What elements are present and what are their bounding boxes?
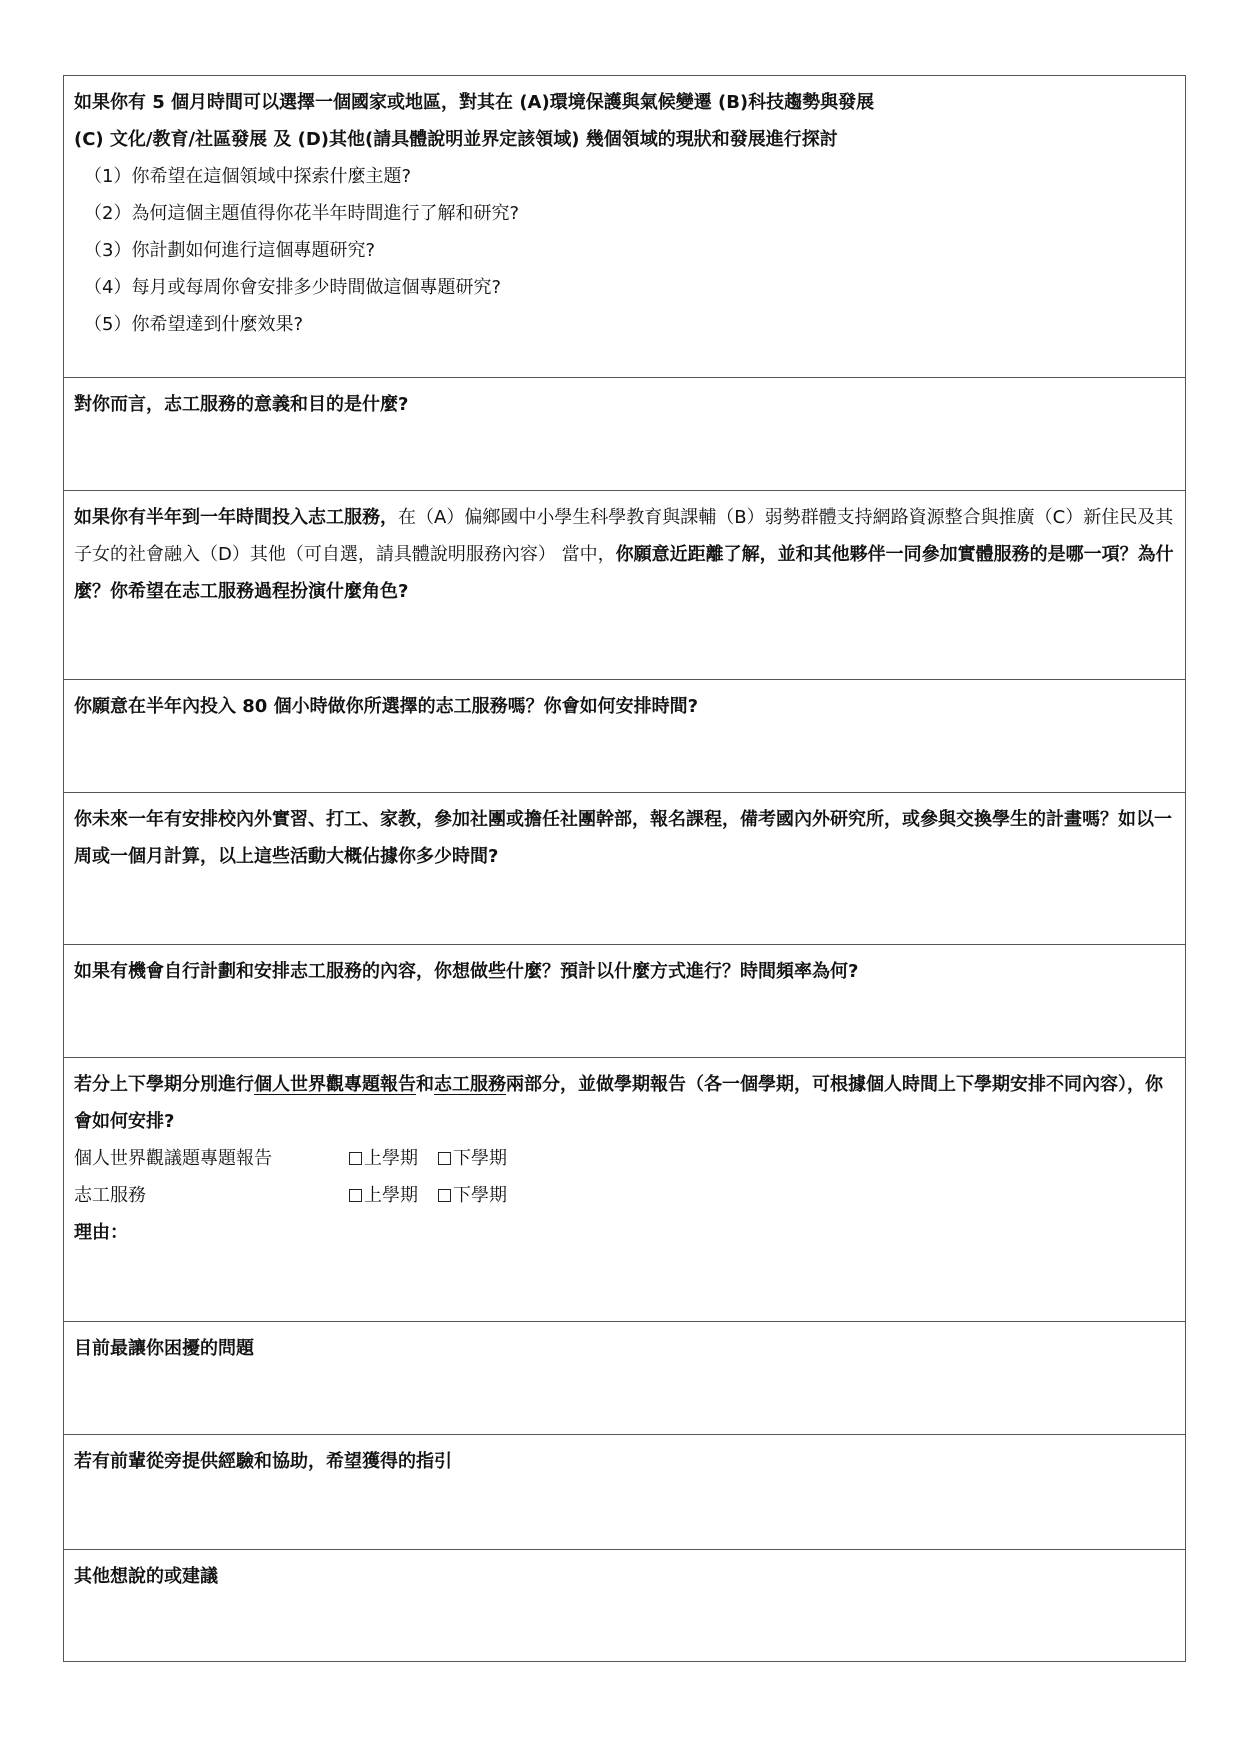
question-row-self-plan[interactable]: 如果有機會自行計劃和安排志工服務的內容，你想做些什麼？預計以什麼方式進行？時間頻…: [64, 944, 1185, 1057]
question-row-volunteer-meaning[interactable]: 對你而言，志工服務的意義和目的是什麼?: [64, 377, 1185, 490]
option-row-volunteer: 志工服務上學期下學期: [74, 1177, 1175, 1214]
question-title: 目前最讓你困擾的問題: [74, 1330, 1175, 1367]
question-title-cont: (C) 文化/教育/社區發展 及 (D)其他(請具體說明並界定該領域) 幾個領域…: [74, 121, 1175, 158]
question-title: 你未來一年有安排校內外實習、打工、家教，參加社團或擔任社團幹部，報名課程，備考國…: [74, 801, 1175, 875]
question-title: 如果有機會自行計劃和安排志工服務的內容，你想做些什麼？預計以什麼方式進行？時間頻…: [74, 953, 1175, 990]
questionnaire-table: 如果你有 5 個月時間可以選擇一個國家或地區，對其在 (A)環境保護與氣候變遷 …: [63, 75, 1186, 1662]
sub-question-2: （2）為何這個主題值得你花半年時間進行了解和研究?: [74, 195, 1175, 232]
checkbox-report-second-semester[interactable]: 下學期: [438, 1140, 507, 1177]
checkbox-volunteer-second-semester[interactable]: 下學期: [438, 1177, 507, 1214]
question-row-concerns[interactable]: 目前最讓你困擾的問題: [64, 1321, 1185, 1434]
underlined-term-report: 個人世界觀專題報告: [254, 1074, 416, 1095]
question-title: 若分上下學期分別進行個人世界觀專題報告和志工服務兩部分，並做學期報告（各一個學期…: [74, 1066, 1175, 1140]
underlined-term-volunteer: 志工服務: [434, 1074, 506, 1095]
checkbox-icon[interactable]: [349, 1152, 362, 1165]
question-row-volunteer-choice[interactable]: 如果你有半年到一年時間投入志工服務，在（A）偏鄉國中小學生科學教育與課輔（B）弱…: [64, 490, 1185, 679]
question-row-topic-research: 如果你有 5 個月時間可以選擇一個國家或地區，對其在 (A)環境保護與氣候變遷 …: [64, 76, 1185, 377]
checkbox-volunteer-first-semester[interactable]: 上學期: [349, 1177, 418, 1214]
checkbox-report-first-semester[interactable]: 上學期: [349, 1140, 418, 1177]
checkbox-icon[interactable]: [438, 1152, 451, 1165]
checkbox-icon[interactable]: [438, 1189, 451, 1202]
option-row-report: 個人世界觀議題專題報告上學期下學期: [74, 1140, 1175, 1177]
sub-question-5: （5）你希望達到什麼效果?: [74, 306, 1175, 343]
sub-question-3: （3）你計劃如何進行這個專題研究?: [74, 232, 1175, 269]
question-title: 對你而言，志工服務的意義和目的是什麼?: [74, 386, 1175, 423]
reason-label[interactable]: 理由：: [74, 1214, 1175, 1251]
question-row-semester-arrangement: 若分上下學期分別進行個人世界觀專題報告和志工服務兩部分，並做學期報告（各一個學期…: [64, 1057, 1185, 1321]
checkbox-icon[interactable]: [349, 1189, 362, 1202]
question-text: 如果你有半年到一年時間投入志工服務，在（A）偏鄉國中小學生科學教育與課輔（B）弱…: [74, 499, 1175, 610]
sub-question-1: （1）你希望在這個領域中探索什麼主題?: [74, 158, 1175, 195]
question-title: 其他想說的或建議: [74, 1558, 1175, 1595]
question-title: 你願意在半年內投入 80 個小時做你所選擇的志工服務嗎？你會如何安排時間?: [74, 688, 1175, 725]
sub-question-4: （4）每月或每周你會安排多少時間做這個專題研究?: [74, 269, 1175, 306]
question-intro: 如果你有半年到一年時間投入志工服務，: [74, 507, 398, 528]
question-row-80-hours[interactable]: 你願意在半年內投入 80 個小時做你所選擇的志工服務嗎？你會如何安排時間?: [64, 679, 1185, 792]
question-title: 如果你有 5 個月時間可以選擇一個國家或地區，對其在 (A)環境保護與氣候變遷 …: [74, 84, 1175, 121]
question-row-mentor-guidance[interactable]: 若有前輩從旁提供經驗和協助，希望獲得的指引: [64, 1434, 1185, 1549]
question-row-other-suggestions[interactable]: 其他想說的或建議: [64, 1549, 1185, 1661]
question-title: 若有前輩從旁提供經驗和協助，希望獲得的指引: [74, 1443, 1175, 1480]
question-row-schedule[interactable]: 你未來一年有安排校內外實習、打工、家教，參加社團或擔任社團幹部，報名課程，備考國…: [64, 792, 1185, 944]
